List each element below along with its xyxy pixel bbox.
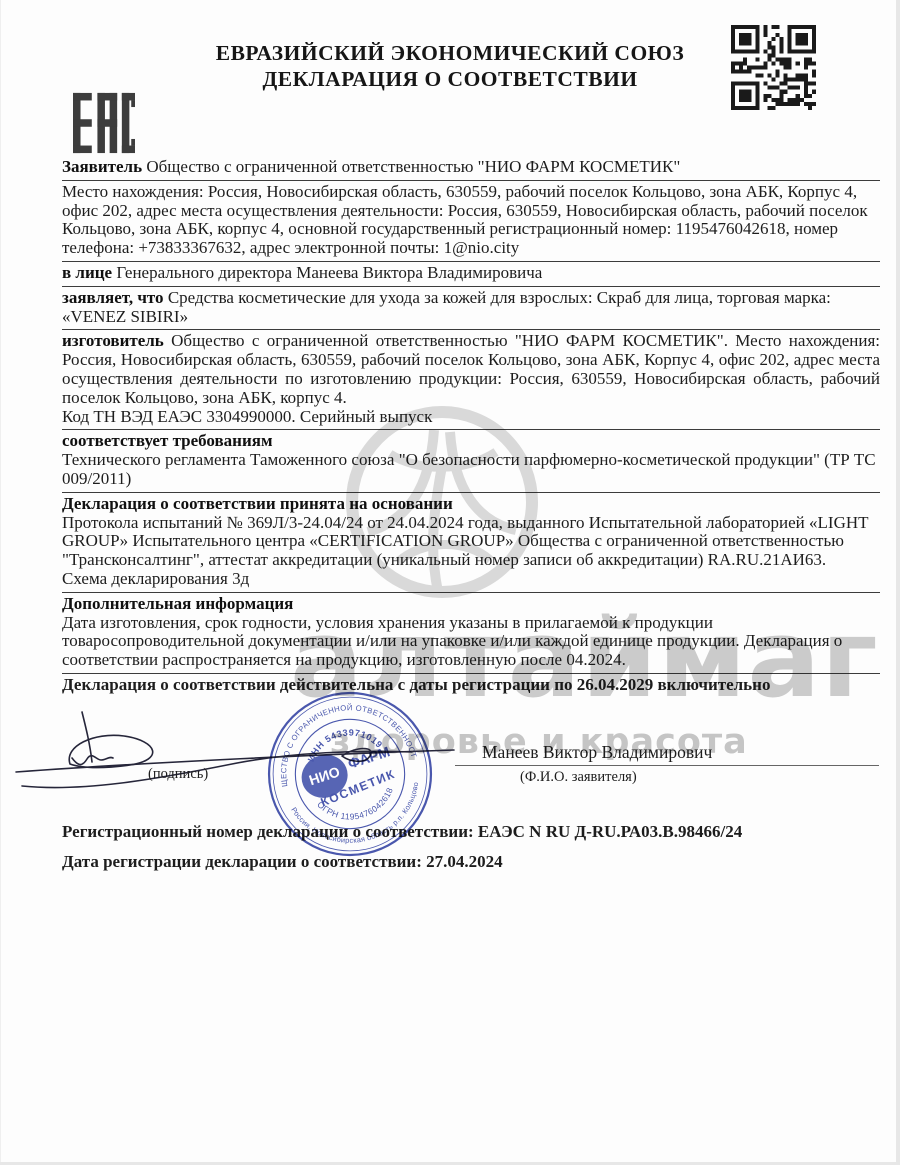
company-stamp: ОБЩЕСТВО С ОГРАНИЧЕННОЙ ОТВЕТСТВЕННОСТЬЮ… [264,688,436,860]
manufacturer-label: изготовитель [62,331,164,350]
declaration-body: Заявитель Общество с ограниченной ответс… [62,156,880,698]
applicant-value: Общество с ограниченной ответственностью… [146,157,680,176]
fio-caption: (Ф.И.О. заявителя) [520,769,637,786]
declares-label: заявляет, что [62,288,164,307]
applicant-label: Заявитель [62,157,142,176]
fio-underline [455,765,879,766]
signature-caption: (подпись) [148,766,208,783]
row-represented-by: в лице Генерального директора Манеева Ви… [62,262,880,287]
tnved-code-line: Код ТН ВЭД ЕАЭС 3304990000. Серийный вып… [62,408,880,427]
row-manufacturer: изготовитель Общество с ограниченной отв… [62,330,880,430]
qr-code [727,21,820,114]
row-applicant: Заявитель Общество с ограниченной ответс… [62,156,880,181]
basis-text: Протокола испытаний № 369Л/3-24.04/24 от… [62,514,880,570]
basis-heading: Декларация о соответствии принята на осн… [62,495,880,514]
row-declares: заявляет, что Средства косметические для… [62,287,880,331]
row-basis: Декларация о соответствии принята на осн… [62,493,880,593]
declaration-document: ЕВРАЗИЙСКИЙ ЭКОНОМИЧЕСКИЙ СОЮЗ ДЕКЛАРАЦИ… [0,0,900,1165]
eac-mark-icon [73,92,135,159]
validity-text: Декларация о соответствии действительна … [62,676,880,695]
row-address: Место нахождения: Россия, Новосибирская … [62,181,880,262]
meets-heading: соответствует требованиям [62,432,880,451]
additional-heading: Дополнительная информация [62,595,880,614]
declares-value: Средства косметические для ухода за коже… [62,288,831,326]
meets-text: Технического регламента Таможенного союз… [62,451,880,489]
row-validity: Декларация о соответствии действительна … [62,674,880,698]
represented-by-value: Генерального директора Манеева Виктора В… [116,263,542,282]
row-additional-info: Дополнительная информация Дата изготовле… [62,593,880,674]
scheme-line: Схема декларирования 3д [62,570,880,589]
represented-by-label: в лице [62,263,112,282]
manufacturer-value: Общество с ограниченной ответственностью… [62,331,880,406]
applicant-fullname: Манеев Виктор Владимирович [482,742,712,763]
row-meets-requirements: соответствует требованиям Технического р… [62,430,880,492]
additional-text: Дата изготовления, срок годности, услови… [62,614,880,670]
address-text: Место нахождения: Россия, Новосибирская … [62,183,880,258]
stamp-center-word2: ФАРМ [346,744,392,773]
